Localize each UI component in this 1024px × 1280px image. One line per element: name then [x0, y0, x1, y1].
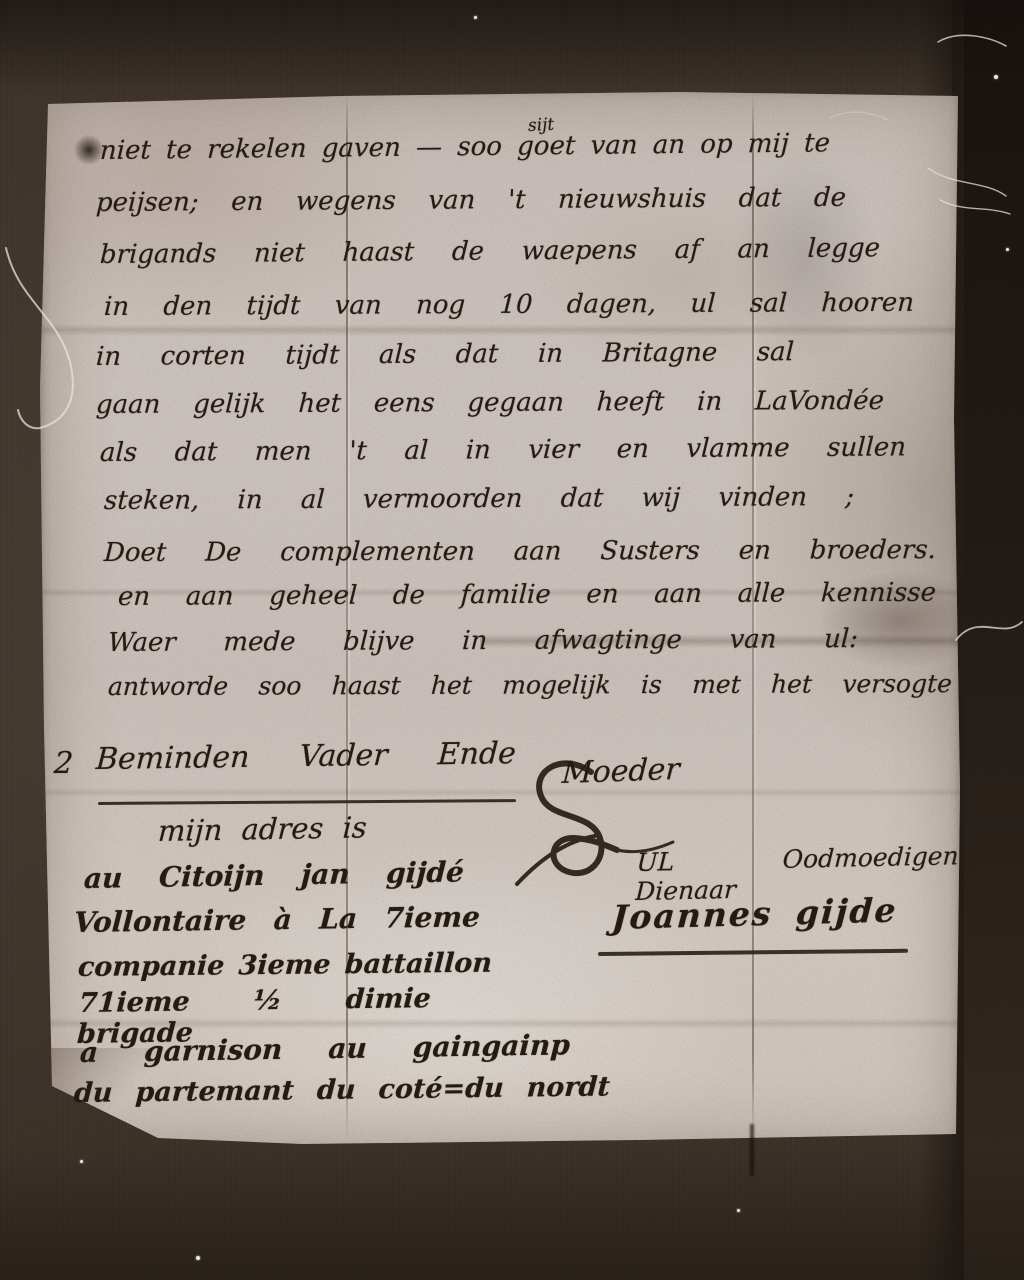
dust-speck — [994, 75, 998, 79]
letter-line: in den tijdt van nog 10 dagen, ul sal ho… — [103, 288, 914, 322]
letter-line: antworde soo haast het mogelijk is met h… — [107, 669, 952, 701]
closing-line: Beminden Vader Ende — [95, 736, 517, 777]
address-line: du partemant du coté=du nordt — [73, 1071, 611, 1109]
dust-speck — [474, 16, 477, 19]
address-line: au Citoijn jan gijdé — [83, 855, 465, 895]
letter-line: Doet De complementen aan Susters en broe… — [103, 535, 936, 568]
horizontal-crease — [40, 788, 960, 797]
address-line: companie 3ieme battaillon — [77, 948, 493, 983]
fold-line-shadow — [750, 1124, 754, 1176]
dust-speck — [1006, 248, 1009, 251]
page-mark: 2 — [53, 746, 75, 781]
address-line: Vollontaire à La 7ieme — [73, 900, 481, 939]
dust-speck — [196, 1256, 200, 1260]
letter-line: steken, in al vermoorden dat wij vinden … — [103, 482, 854, 516]
letter-line: gaan gelijk het eens gegaan heeft in LaV… — [95, 386, 884, 420]
signature: Joannes gijde — [611, 890, 899, 937]
background-top-shadow — [0, 0, 1024, 95]
letter-line: in corten tijdt als dat in Britagne sal — [95, 337, 794, 372]
address-heading: mijn adres is — [157, 810, 368, 848]
letter-line: als dat men 't al in vier en vlamme sull… — [99, 432, 906, 468]
dust-speck — [737, 1209, 740, 1212]
letter-line: Waer mede blijve in afwagtinge van ul: — [107, 624, 858, 658]
dust-speck — [80, 1160, 83, 1163]
photo-canvas: sijt niet te rekelen gaven — soo goet va… — [0, 0, 1024, 1280]
background-bottom-shadow — [0, 1145, 1024, 1280]
letter-line: en aan geheel de familie en aan alle ken… — [117, 578, 936, 612]
letter-line: peijsen; en wegens van 't nieuwshuis dat… — [95, 183, 846, 218]
